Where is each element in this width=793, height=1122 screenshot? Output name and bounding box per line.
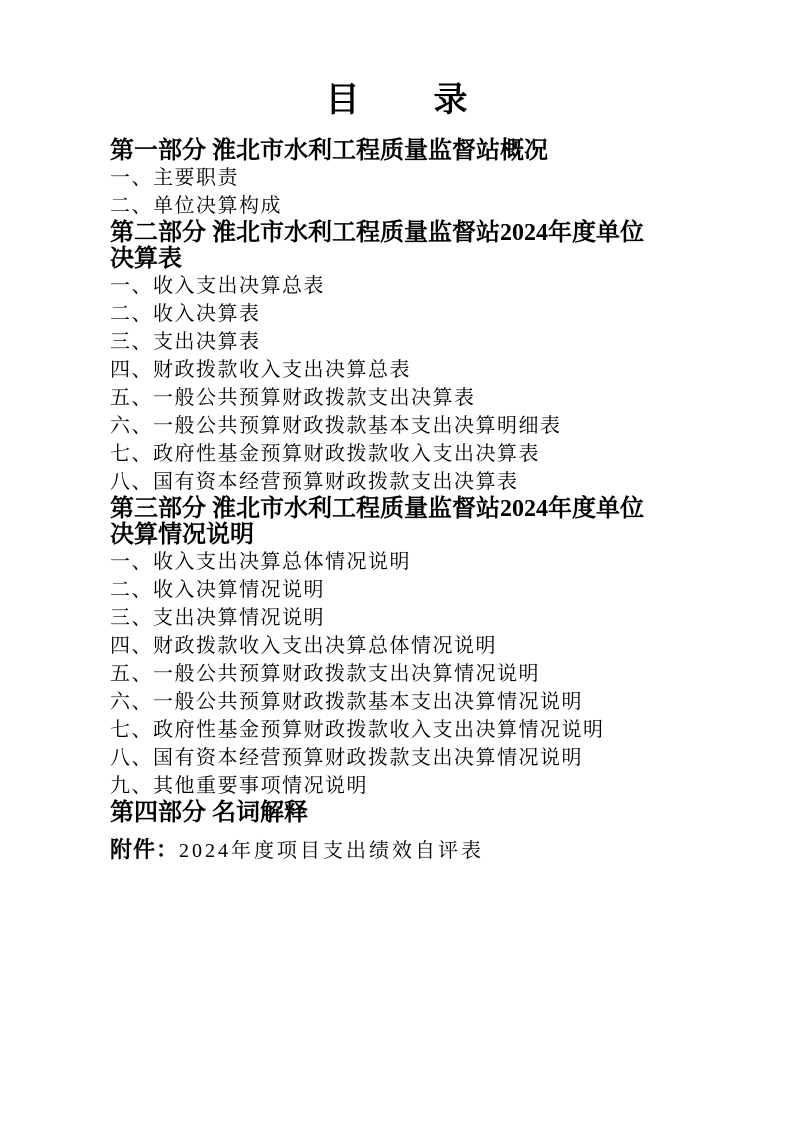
- appendix-line: 附件：2024年度项目支出绩效自评表: [110, 836, 685, 865]
- toc-item: 二、收入决算表: [110, 300, 685, 328]
- appendix-text: 2024年度项目支出绩效自评表: [179, 840, 484, 862]
- toc-item: 三、支出决算情况说明: [110, 604, 685, 632]
- toc-item: 八、国有资本经营预算财政拨款支出决算情况说明: [110, 744, 685, 772]
- page-title: 目 录: [110, 80, 685, 122]
- section-heading-1: 第一部分 淮北市水利工程质量监督站概况: [110, 138, 658, 164]
- section-heading-3: 第三部分 淮北市水利工程质量监督站2024年度单位决算情况说明: [110, 496, 658, 548]
- toc-item: 七、政府性基金预算财政拨款收入支出决算情况说明: [110, 716, 685, 744]
- appendix-label: 附件：: [110, 837, 179, 862]
- toc-item: 二、收入决算情况说明: [110, 576, 685, 604]
- toc-item: 一、收入支出决算总体情况说明: [110, 548, 685, 576]
- toc-item: 一、收入支出决算总表: [110, 272, 685, 300]
- section-heading-4: 第四部分 名词解释: [110, 800, 658, 826]
- toc-item: 四、财政拨款收入支出决算总体情况说明: [110, 632, 685, 660]
- toc-item: 九、其他重要事项情况说明: [110, 772, 685, 800]
- toc-item: 一、主要职责: [110, 164, 685, 192]
- toc-item: 四、财政拨款收入支出决算总表: [110, 356, 685, 384]
- toc-item: 八、国有资本经营预算财政拨款支出决算表: [110, 468, 685, 496]
- toc-item: 七、政府性基金预算财政拨款收入支出决算表: [110, 440, 685, 468]
- toc-item: 五、一般公共预算财政拨款支出决算情况说明: [110, 660, 685, 688]
- toc-item: 二、单位决算构成: [110, 192, 685, 220]
- document-page: 目 录 第一部分 淮北市水利工程质量监督站概况 一、主要职责 二、单位决算构成 …: [0, 0, 793, 1122]
- toc-item: 五、一般公共预算财政拨款支出决算表: [110, 384, 685, 412]
- toc-item: 三、支出决算表: [110, 328, 685, 356]
- toc-item: 六、一般公共预算财政拨款基本支出决算明细表: [110, 412, 685, 440]
- toc-content: 目 录 第一部分 淮北市水利工程质量监督站概况 一、主要职责 二、单位决算构成 …: [110, 80, 685, 865]
- toc-item: 六、一般公共预算财政拨款基本支出决算情况说明: [110, 688, 685, 716]
- section-heading-2: 第二部分 淮北市水利工程质量监督站2024年度单位决算表: [110, 220, 658, 272]
